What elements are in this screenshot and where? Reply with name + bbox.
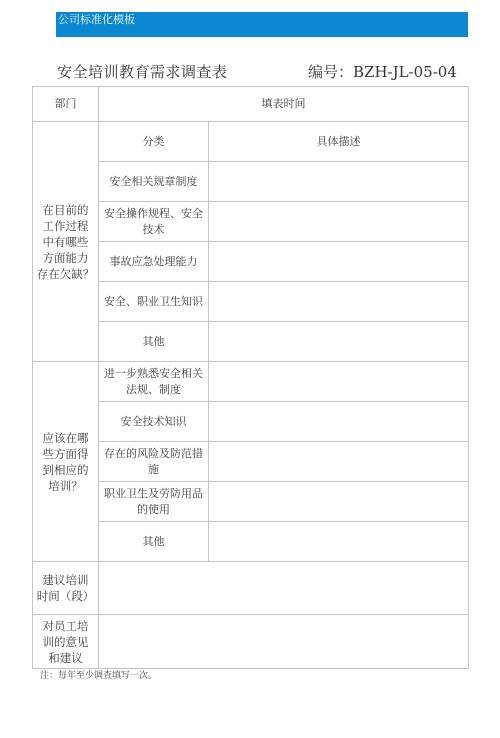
category-header: 分类	[99, 122, 209, 162]
fill-time-label: 填表时间	[99, 87, 469, 122]
table-row: 安全、职业卫生知识	[33, 282, 469, 322]
category-cell: 进一步熟悉安全相关法规、制度	[99, 362, 209, 402]
description-input[interactable]	[209, 242, 469, 282]
table-row: 应该在哪 些方面得 到相应的 培训？ 进一步熟悉安全相关法规、制度	[33, 362, 469, 402]
category-cell: 安全、职业卫生知识	[99, 282, 209, 322]
description-input[interactable]	[209, 322, 469, 362]
description-input[interactable]	[209, 442, 469, 482]
table-row: 存在的风险及防范措施	[33, 442, 469, 482]
description-input[interactable]	[209, 362, 469, 402]
department-label: 部门	[33, 87, 99, 122]
company-template-banner: 公司标准化模板	[56, 12, 468, 37]
description-input[interactable]	[209, 522, 469, 562]
description-header: 具体描述	[209, 122, 469, 162]
table-row: 职业卫生及劳防用品的使用	[33, 482, 469, 522]
table-row: 其他	[33, 322, 469, 362]
opinions-label: 对员工培 训的意见 和建议	[33, 615, 99, 669]
description-input[interactable]	[209, 202, 469, 242]
table-row: 安全相关规章制度	[33, 162, 469, 202]
opinions-row: 对员工培 训的意见 和建议	[33, 615, 469, 669]
opinions-input[interactable]	[99, 615, 469, 669]
footnote: 注：每年至少调查填写一次。	[40, 670, 157, 682]
category-cell: 安全操作规程、安全技术	[99, 202, 209, 242]
category-cell: 事故应急处理能力	[99, 242, 209, 282]
department-row: 部门 填表时间	[33, 87, 469, 122]
table-row: 安全技术知识	[33, 402, 469, 442]
deficiency-section-label: 在目前的 工作过程 中有哪些 方面能力 存在欠缺？	[33, 122, 99, 362]
survey-form-table: 部门 填表时间 在目前的 工作过程 中有哪些 方面能力 存在欠缺？ 分类 具体描…	[32, 86, 469, 669]
table-row: 事故应急处理能力	[33, 242, 469, 282]
column-header-row: 在目前的 工作过程 中有哪些 方面能力 存在欠缺？ 分类 具体描述	[33, 122, 469, 162]
training-needs-section-label: 应该在哪 些方面得 到相应的 培训？	[33, 362, 99, 562]
category-cell: 其他	[99, 522, 209, 562]
document-code: 编号：BZH-JL-05-04	[308, 62, 457, 82]
table-row: 其他	[33, 522, 469, 562]
category-cell: 职业卫生及劳防用品的使用	[99, 482, 209, 522]
document-title: 安全培训教育需求调查表	[57, 62, 228, 82]
category-cell: 安全技术知识	[99, 402, 209, 442]
suggested-time-row: 建议培训 时间（段）	[33, 562, 469, 615]
description-input[interactable]	[209, 282, 469, 322]
suggested-time-input[interactable]	[99, 562, 469, 615]
description-input[interactable]	[209, 162, 469, 202]
suggested-time-label: 建议培训 时间（段）	[33, 562, 99, 615]
category-cell: 存在的风险及防范措施	[99, 442, 209, 482]
description-input[interactable]	[209, 482, 469, 522]
banner-text: 公司标准化模板	[58, 13, 135, 27]
description-input[interactable]	[209, 402, 469, 442]
table-row: 安全操作规程、安全技术	[33, 202, 469, 242]
category-cell: 其他	[99, 322, 209, 362]
category-cell: 安全相关规章制度	[99, 162, 209, 202]
